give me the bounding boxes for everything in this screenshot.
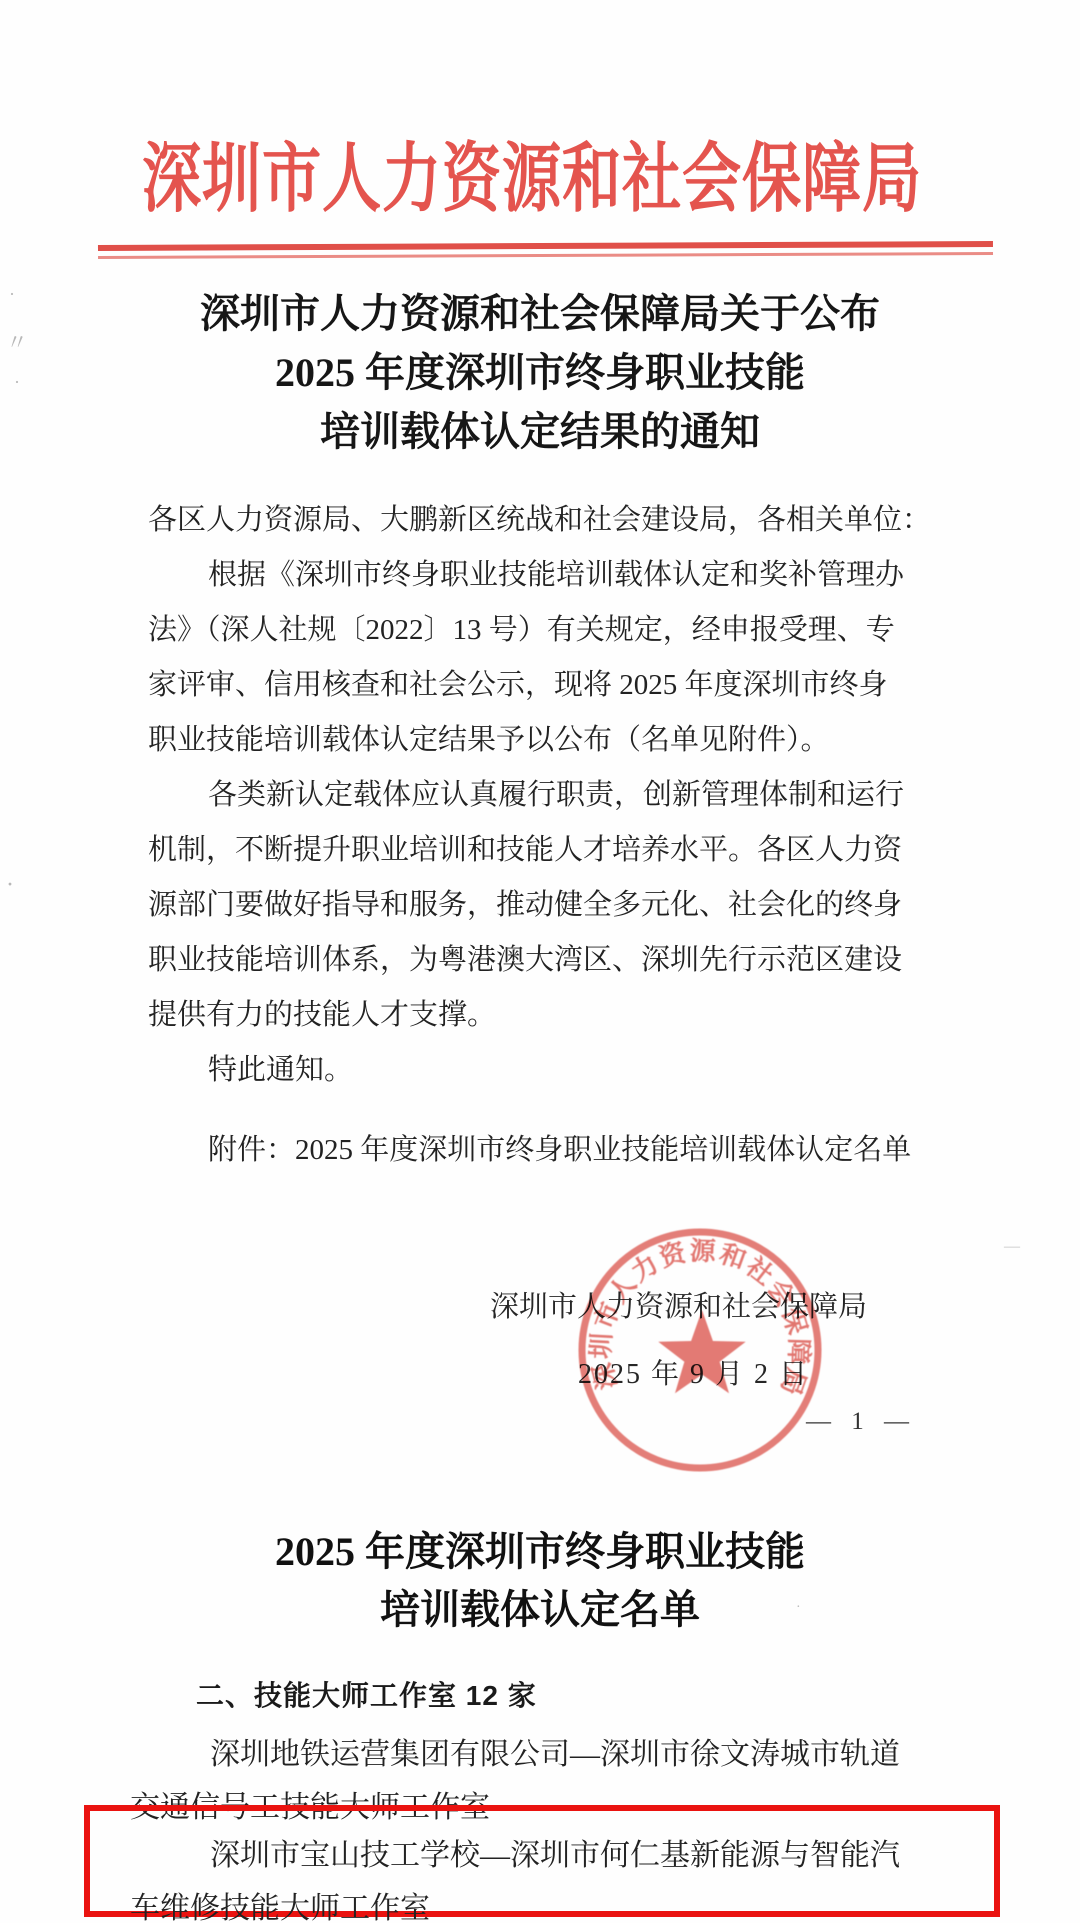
seal-star-icon: [658, 1310, 745, 1393]
body-line: 提供有力的技能人才支撑。: [148, 995, 496, 1035]
salutation-line: 各区人力资源局、大鹏新区统战和社会建设局，各相关单位：: [148, 500, 931, 540]
document-title-line-1: 深圳市人力资源和社会保障局关于公布: [0, 291, 1080, 337]
scan-artifact: ·: [9, 284, 15, 305]
page-number: — 1 —: [806, 1408, 916, 1436]
entry-line: 深圳地铁运营集团有限公司—深圳市徐文涛城市轨道: [210, 1729, 900, 1773]
official-seal: 深圳市人力资源和社会保障局: [574, 1224, 826, 1476]
closing-line: 特此通知。: [208, 1050, 353, 1090]
body-line: 职业技能培训载体认定结果予以公布（名单见附件）。: [148, 720, 830, 760]
highlighted-entry-line: 车维修技能大师工作室: [130, 1883, 430, 1923]
scan-artifact: —: [1004, 1238, 1020, 1256]
body-line: 根据《深圳市终身职业技能培训载体认定和奖补管理办: [208, 555, 904, 595]
divider-thick-line: [98, 241, 993, 251]
attachment-title-line-2: 培训载体认定名单: [0, 1578, 1080, 1635]
scanned-notice-document: 深圳市人力资源和社会保障局 深圳市人力资源和社会保障局关于公布 2025 年度深…: [0, 0, 1080, 1923]
document-title-line-2: 2025 年度深圳市终身职业技能: [0, 350, 1080, 396]
body-line: 家评审、信用核查和社会公示，现将 2025 年度深圳市终身: [148, 665, 888, 705]
section-heading-master-studios: 二、技能大师工作室 12 家: [196, 1674, 537, 1714]
body-line: 法》（深人社规〔2022〕13 号）有关规定，经申报受理、专: [148, 610, 895, 650]
scan-artifact: ·: [6, 872, 14, 899]
divider-thin-line: [98, 252, 993, 259]
attachment-title-line-1: 2025 年度深圳市终身职业技能: [0, 1520, 1080, 1577]
scan-artifact: ·: [14, 372, 20, 393]
scan-artifact: 〃: [6, 326, 28, 357]
scan-artifact: ·: [796, 1600, 801, 1616]
document-title-line-3: 培训载体认定结果的通知: [0, 409, 1080, 455]
body-line: 各类新认定载体应认真履行职责，创新管理体制和运行: [208, 775, 904, 815]
agency-masthead: 深圳市人力资源和社会保障局: [100, 137, 964, 224]
body-line: 职业技能培训体系，为粤港澳大湾区、深圳先行示范区建设: [148, 940, 902, 980]
masthead-divider: [98, 241, 993, 259]
body-line: 源部门要做好指导和服务，推动健全多元化、社会化的终身: [148, 885, 902, 925]
attachment-reference-line: 附件：2025 年度深圳市终身职业技能培训载体认定名单: [208, 1130, 911, 1170]
highlighted-entry-line: 深圳市宝山技工学校—深圳市何仁基新能源与智能汽: [210, 1830, 900, 1874]
body-line: 机制，不断提升职业培训和技能人才培养水平。各区人力资: [148, 830, 902, 870]
